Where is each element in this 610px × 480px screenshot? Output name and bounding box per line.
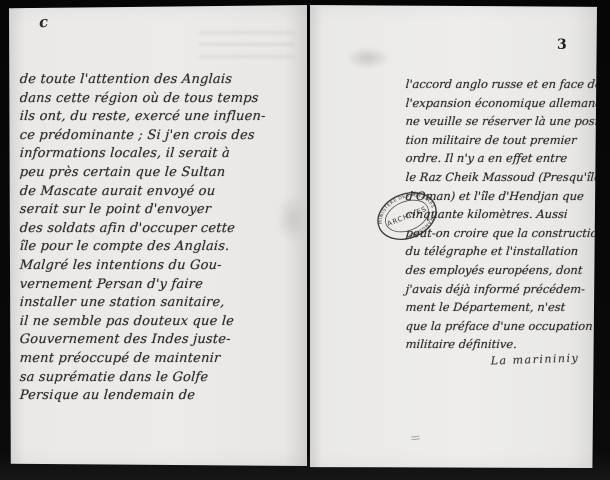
left-page-text: de toute l'attention des Anglaisdans cet… <box>19 71 304 406</box>
pencil-mark: = <box>409 430 421 446</box>
handwritten-line: ment le Département, n'est <box>405 298 601 317</box>
handwritten-line: des employés européens, dont <box>405 261 601 280</box>
handwritten-line: peu près certain que le Sultan <box>19 164 305 183</box>
handwritten-line: Persique au lendemain de <box>19 387 305 406</box>
page-number: 3 <box>557 37 567 53</box>
handwritten-line: dans cette région où de tous temps <box>19 90 305 109</box>
handwritten-line: de Mascate aurait envoyé ou <box>19 183 305 202</box>
handwritten-line: Gouvernement des Indes juste- <box>19 331 305 350</box>
handwritten-line: île pour le compte des Anglais. <box>19 238 305 257</box>
right-page: 3 l'accord anglo russe et en face del'ex… <box>310 5 597 468</box>
handwritten-line: ils ont, du reste, exercé une influen- <box>19 108 305 127</box>
handwritten-line: ce prédominante ; Si j'en crois des <box>19 127 305 146</box>
handwritten-line: ment préoccupé de maintenir <box>19 350 305 369</box>
bleedthrough-ghost <box>346 47 390 69</box>
handwritten-line: des soldats afin d'occuper cette <box>19 220 305 239</box>
handwritten-line: l'accord anglo russe et en face de <box>405 75 601 94</box>
handwritten-line: l'expansion économique allemande, <box>405 94 601 113</box>
handwritten-line: de toute l'attention des Anglais <box>19 71 305 90</box>
handwritten-line: vernement Persan d'y faire <box>19 276 305 295</box>
corner-mark: c <box>38 13 49 32</box>
handwritten-line: serait sur le point d'envoyer <box>19 201 305 220</box>
document-scan: c de toute l'attention des Anglaisdans c… <box>0 0 610 480</box>
handwritten-line: j'avais déjà informé précédem- <box>405 280 601 299</box>
handwritten-line: sa suprématie dans le Golfe <box>19 369 305 388</box>
handwritten-line: il ne semble pas douteux que le <box>19 313 305 332</box>
handwritten-line: ordre. Il n'y a en effet entre <box>405 149 601 168</box>
handwritten-line: informations locales, il serait à <box>19 145 305 164</box>
handwritten-line: ne veuille se réserver là une posi- <box>405 112 601 131</box>
handwritten-line: Malgré les intentions du Gou- <box>19 257 305 276</box>
handwritten-line: que la préface d'une occupation <box>405 317 601 336</box>
left-page: c de toute l'attention des Anglaisdans c… <box>9 5 307 466</box>
handwritten-line: du télégraphe et l'installation <box>405 242 601 261</box>
bleedthrough-ghost <box>199 27 294 67</box>
handwritten-line: tion militaire de tout premier <box>405 131 601 150</box>
handwritten-line: installer une station sanitaire, <box>19 294 305 313</box>
